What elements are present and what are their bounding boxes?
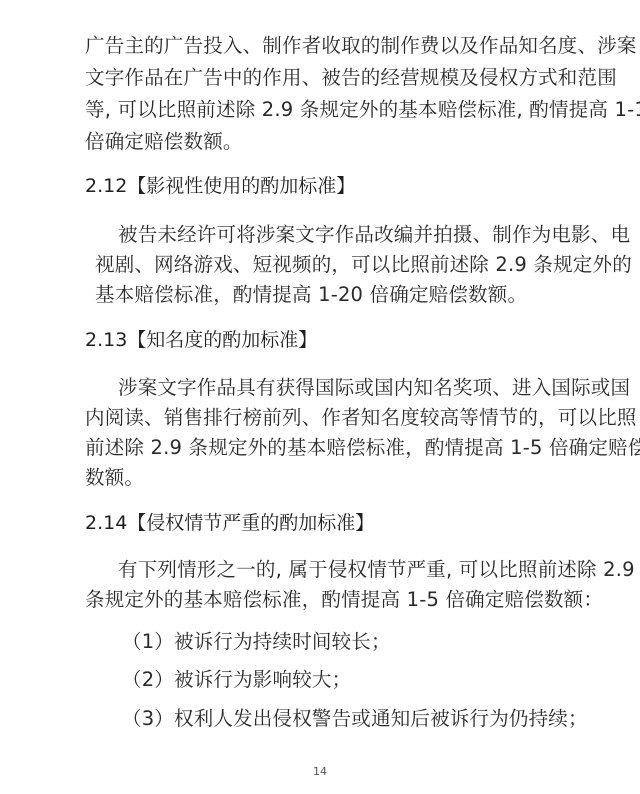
paragraph-line: 倍确定赔偿数额。 — [85, 130, 243, 154]
section-heading: 2.13【知名度的酌加标准】 — [85, 328, 317, 352]
paragraph-line: 等, 可以比照前述除 2.9 条规定外的基本赔偿标准, 酌情提高 1-10 — [85, 98, 640, 122]
paragraph-line: 文字作品在广告中的作用、被告的经营规模及侵权方式和范围 — [85, 66, 617, 90]
section-heading: 2.14【侵权情节严重的酌加标准】 — [85, 511, 374, 535]
page-number: 14 — [0, 765, 640, 778]
paragraph-line: 前述除 2.9 条规定外的基本赔偿标准，酌情提高 1-5 倍确定赔偿 — [85, 436, 640, 460]
paragraph-line: 条规定外的基本赔偿标准，酌情提高 1-5 倍确定赔偿数额： — [85, 588, 603, 612]
paragraph-line: 视剧、网络游戏、短视频的，可以比照前述除 2.9 条规定外的 — [95, 253, 632, 277]
paragraph-line: 基本赔偿标准，酌情提高 1-20 倍确定赔偿数额。 — [95, 283, 527, 307]
section-heading: 2.12【影视性使用的酌加标准】 — [85, 174, 355, 198]
list-item: （2）被诉行为影响较大； — [122, 668, 351, 692]
paragraph-line: 数额。 — [85, 466, 144, 490]
paragraph-line: 被告未经许可将涉案文字作品改编并拍摄、制作为电影、电 — [118, 223, 630, 247]
list-item: （1）被诉行为持续时间较长； — [122, 630, 391, 654]
list-item: （3）权利人发出侵权警告或通知后被诉行为仍持续； — [122, 707, 588, 731]
paragraph-line: 涉案文字作品具有获得国际或国内知名奖项、进入国际或国 — [118, 376, 630, 400]
paragraph-line: 广告主的广告投入、制作者收取的制作费以及作品知名度、涉案 — [85, 34, 637, 58]
paragraph-line: 内阅读、销售排行榜前列、作者知名度较高等情节的，可以比照 — [85, 406, 637, 430]
paragraph-line: 有下列情形之一的, 属于侵权情节严重, 可以比照前述除 2.9 — [118, 558, 635, 582]
